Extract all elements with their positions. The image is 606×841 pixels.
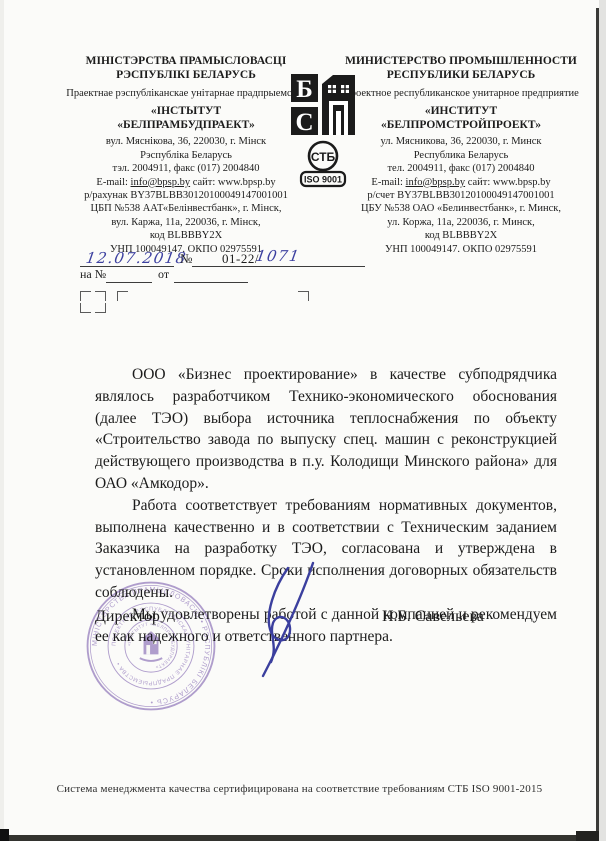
handwritten-signature: [233, 560, 325, 685]
site-by: сайт: www.bpsp.by: [193, 177, 276, 188]
paragraph-1: ООО «Бизнес проектирование» в качестве с…: [95, 364, 557, 495]
round-stamp-icon: МІНІСТЭРСТВА ПРАМЫСЛОВАСЦІ • РЭСПУБЛІКІ …: [81, 576, 221, 716]
number-label: №: [180, 251, 192, 267]
org-type-by: Праектнае рэспубліканскае унітарнае прад…: [60, 87, 312, 100]
ref-line-reply: на № от: [80, 267, 380, 285]
logo-letter-b: Б: [296, 76, 313, 103]
address-zone-corner-right: [298, 291, 309, 301]
bank-code-ru: код BLBBBY2X: [336, 229, 586, 242]
phone-line-ru: тел. 2004911, факс (017) 2004840: [336, 162, 586, 175]
footer-certification-note: Система менеджмента качества сертифициро…: [0, 783, 599, 795]
date-underline: [80, 250, 174, 267]
outgoing-number-typed: 01-22/: [222, 251, 259, 267]
email-line-ru: E-mail: info@bpsp.by сайт: www.bpsp.by: [336, 176, 586, 189]
bank-code-by: код BLBBBY2X: [60, 229, 312, 242]
address-line-ru: ул. Мясникова, 36, 220030, г. Минск: [336, 135, 586, 148]
reply-date-label: от: [158, 267, 169, 282]
address-line-by: вул. Мяснікова, 36, 220030, г. Мінск: [60, 135, 312, 148]
account-line-ru: р/счет BY37BLBB30120100049147001001: [336, 189, 586, 202]
scan-edge-right-line: [596, 8, 599, 835]
handwritten-number: 1071: [255, 247, 302, 265]
email-address-ru: info@bpsp.by: [406, 177, 466, 188]
org-type-ru: Проектное республиканское унитарное пред…: [336, 87, 586, 100]
registration-corner-bl: [80, 303, 91, 313]
ministry-name-ru: МИНИСТЕРСТВО ПРОМЫШЛЕННОСТИ РЕСПУБЛИКИ Б…: [336, 54, 586, 82]
logo-letter-s: С: [295, 109, 313, 136]
bank-line-by: ЦБП №538 ААТ«Белінвестбанк», г. Мінск,: [60, 202, 312, 215]
email-line-by: E-mail: info@bpsp.by сайт: www.bpsp.by: [60, 176, 312, 189]
registration-corner-tr: [95, 291, 106, 301]
reply-date-underline: [174, 266, 248, 283]
letterhead-right-russian: МИНИСТЕРСТВО ПРОМЫШЛЕННОСТИ РЕСПУБЛИКИ Б…: [336, 54, 586, 256]
scan-edge-right-margin: [599, 0, 606, 841]
address-zone-corner-left: [117, 291, 128, 301]
stb-iso-badge-icon: СТБ ISO 9001: [299, 140, 347, 190]
scan-edge-bottom-right: [576, 831, 599, 841]
registration-corner-br: [95, 303, 106, 313]
bsp-logo-icon: Б С: [291, 74, 355, 140]
scan-edge-bottom: [0, 835, 599, 841]
stamp-center-emblem: [140, 631, 162, 661]
bank-line-ru: ЦБУ №538 ОАО «Белинвестбанк», г. Минск,: [336, 202, 586, 215]
account-line-by: р/рахунак BY37BLBB30120100049147001001: [60, 189, 312, 202]
phone-line-by: тэл. 2004911, факс (017) 2004840: [60, 162, 312, 175]
ministry-name-by: МІНІСТЭРСТВА ПРАМЫСЛОВАСЦІ РЭСПУБЛІКІ БЕ…: [60, 54, 312, 82]
bank-address-by: вул. Каржа, 11а, 220036, г. Мінск,: [60, 216, 312, 229]
reply-to-label: на №: [80, 267, 106, 282]
scan-edge-left: [0, 0, 4, 841]
bank-address-ru: ул. Коржа, 11а, 220036, г. Минск,: [336, 216, 586, 229]
iso-monogram: СТБ: [311, 150, 336, 164]
document-page: МІНІСТЭРСТВА ПРАМЫСЛОВАСЦІ РЭСПУБЛІКІ БЕ…: [0, 0, 606, 841]
email-address-by: info@bpsp.by: [131, 177, 191, 188]
iso-label: ISO 9001: [304, 175, 342, 185]
country-line-by: Рэспубліка Беларусь: [60, 149, 312, 162]
email-label-by: E-mail:: [96, 177, 128, 188]
letterhead-left-belarusian: МІНІСТЭРСТВА ПРАМЫСЛОВАСЦІ РЭСПУБЛІКІ БЕ…: [60, 54, 312, 256]
country-line-ru: Республика Беларусь: [336, 149, 586, 162]
org-name-ru: «ИНСТИТУТ «БЕЛПРОМСТРОЙПРОЕКТ»: [376, 104, 546, 132]
site-ru: сайт: www.bpsp.by: [468, 177, 551, 188]
org-name-by: «ІНСТЫТУТ «БЕЛПРАМБУДПРАЕКТ»: [111, 104, 261, 132]
reply-number-underline: [106, 266, 152, 283]
signer-name: Н.Б. Савельева: [382, 608, 484, 626]
email-label-ru: E-mail:: [371, 177, 403, 188]
scan-edge-bottom-left: [0, 829, 9, 841]
registration-corner-tl: [80, 291, 91, 301]
